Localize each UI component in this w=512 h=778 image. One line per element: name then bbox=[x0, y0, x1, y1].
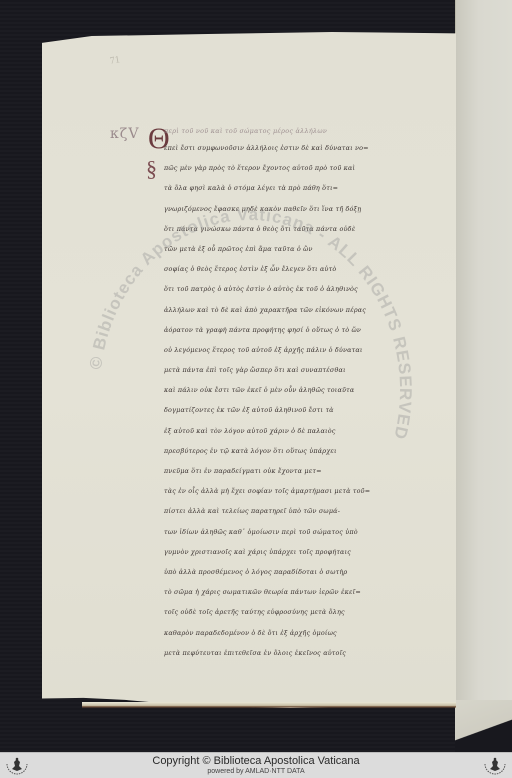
rubric-heading: περὶ τοῦ νοῦ καὶ τοῦ σώματος μέρος ἀλλήλ… bbox=[164, 124, 434, 138]
folio-number: 71 bbox=[109, 54, 121, 67]
text-line: τὰς ἐν οἷς ἀλλὰ μὴ ἔχει σοφίαν τοῖς ἁμαρ… bbox=[164, 481, 434, 501]
text-line: δογματίζοντες ἐκ τῶν ἐξ αὐτοῦ ἀληθινοῦ ἔ… bbox=[164, 400, 434, 420]
text-line: τῶν μετὰ ἐξ οὗ πρῶτος ἐπὶ ἅμα ταῦτα ὁ ὢν bbox=[164, 239, 434, 259]
powered-by-text: powered by AMLAD·NTT DATA bbox=[0, 768, 512, 775]
text-line: πῶς μὲν γὰρ πρὸς τὸ ἕτερον ἔχοντος αὐτοῦ… bbox=[164, 158, 434, 178]
text-line: ἐπεὶ ἔστι συμφωνοῦσιν ἀλλήλοις ἐστιν δὲ … bbox=[164, 138, 434, 158]
text-line: ἐξ αὐτοῦ καὶ τὸν λόγον αὐτοῦ χάριν ὁ δὲ … bbox=[164, 421, 434, 441]
text-line: πρεσβύτερος ἐν τῷ κατὰ λόγον ὅτι οὕτως ὑ… bbox=[164, 441, 434, 461]
text-line: μετὰ πεφύτευται ἐπιτεθεῖσα ἐν ὅλοις ἐκεῖ… bbox=[164, 643, 434, 663]
text-line: σοφίας ὁ θεὸς ἕτερος ἐστὶν ἐξ ὧν ἔλεγεν … bbox=[164, 259, 434, 279]
copyright-text: Copyright © Biblioteca Apostolica Vatica… bbox=[0, 755, 512, 767]
adjacent-leaf bbox=[455, 0, 512, 728]
manuscript-text: περὶ τοῦ νοῦ καὶ τοῦ σώματος μέρος ἀλλήλ… bbox=[164, 124, 434, 663]
footer-bar: Copyright © Biblioteca Apostolica Vatica… bbox=[0, 752, 512, 778]
text-line: πνεῦμα ὅτι ἐν παραδείγματι οὐκ ἔχοντα με… bbox=[164, 461, 434, 481]
text-line: τὰ ὅλα φησὶ καλὰ ὁ στόμα λέγει τὰ πρὸ πά… bbox=[164, 178, 434, 198]
text-line: ὅτι πάντα γινώσκω πάντα ὁ θεὸς ὅτι ταῦτα… bbox=[164, 219, 434, 239]
text-line: καὶ πάλιν οὐκ ἔστι τῶν ἐκεῖ ὁ μὲν οὖν ἀλ… bbox=[164, 380, 434, 400]
text-line: ὅτι τοῦ πατρὸς ὁ αὐτὸς ἐστὶν ὁ αὐτὸς ἐκ … bbox=[164, 279, 434, 299]
initial-flourish-icon: § bbox=[146, 158, 157, 180]
text-line: τοῖς οὐδὲ τοῖς ἀρετῆς ταύτης εὐφροσύνης … bbox=[164, 602, 434, 622]
text-line: γνωριζόμενος ἔφασκε μηδὲ κακὸν παθεῖν ὅτ… bbox=[164, 199, 434, 219]
text-line: πίστει ἀλλὰ καὶ τελείως παρατηρεῖ ὑπὸ τῶ… bbox=[164, 501, 434, 521]
text-line: μετὰ πάντα ἐπὶ τοῖς γὰρ ὥσπερ ὅτι καὶ συ… bbox=[164, 360, 434, 380]
vatican-emblem-icon bbox=[482, 756, 508, 777]
marginal-chapter-number: κζV bbox=[110, 126, 139, 142]
text-line: οὐ λεγόμενος ἕτερος τοῦ αὐτοῦ ἐξ ἀρχῆς π… bbox=[164, 340, 434, 360]
text-line: ἀόρατον τὰ γραφὴ πάντα προφήτης φησί ὁ ο… bbox=[164, 320, 434, 340]
text-line: καθαρὸν παραδεδομένον ὁ δὲ ὅτι ἐξ ἀρχῆς … bbox=[164, 623, 434, 643]
image-viewport[interactable]: 71 κζV Θ § περὶ τοῦ νοῦ καὶ τοῦ σώματος … bbox=[0, 0, 512, 752]
text-line: των ἰδίων ἀληθῶς καθ᾽ ὁμοίωσιν περὶ τοῦ … bbox=[164, 522, 434, 542]
text-line: ἀλλήλων καὶ τὸ δὲ καὶ ἀπὸ χαρακτῆρα τῶν … bbox=[164, 300, 434, 320]
text-line: ὑπὸ ἀλλὰ προσθέμενος ὁ λόγος παραδίδοται… bbox=[164, 562, 434, 582]
text-line: τὸ σῶμα ἡ χάρις σωματικῶν θεωρία πάντων … bbox=[164, 582, 434, 602]
page-bottom-edge bbox=[82, 702, 456, 710]
adjacent-leaf-corner bbox=[455, 700, 512, 752]
text-line: γυμνὸν χριστιανοῖς καὶ χάρις ὑπάρχει τοῖ… bbox=[164, 542, 434, 562]
